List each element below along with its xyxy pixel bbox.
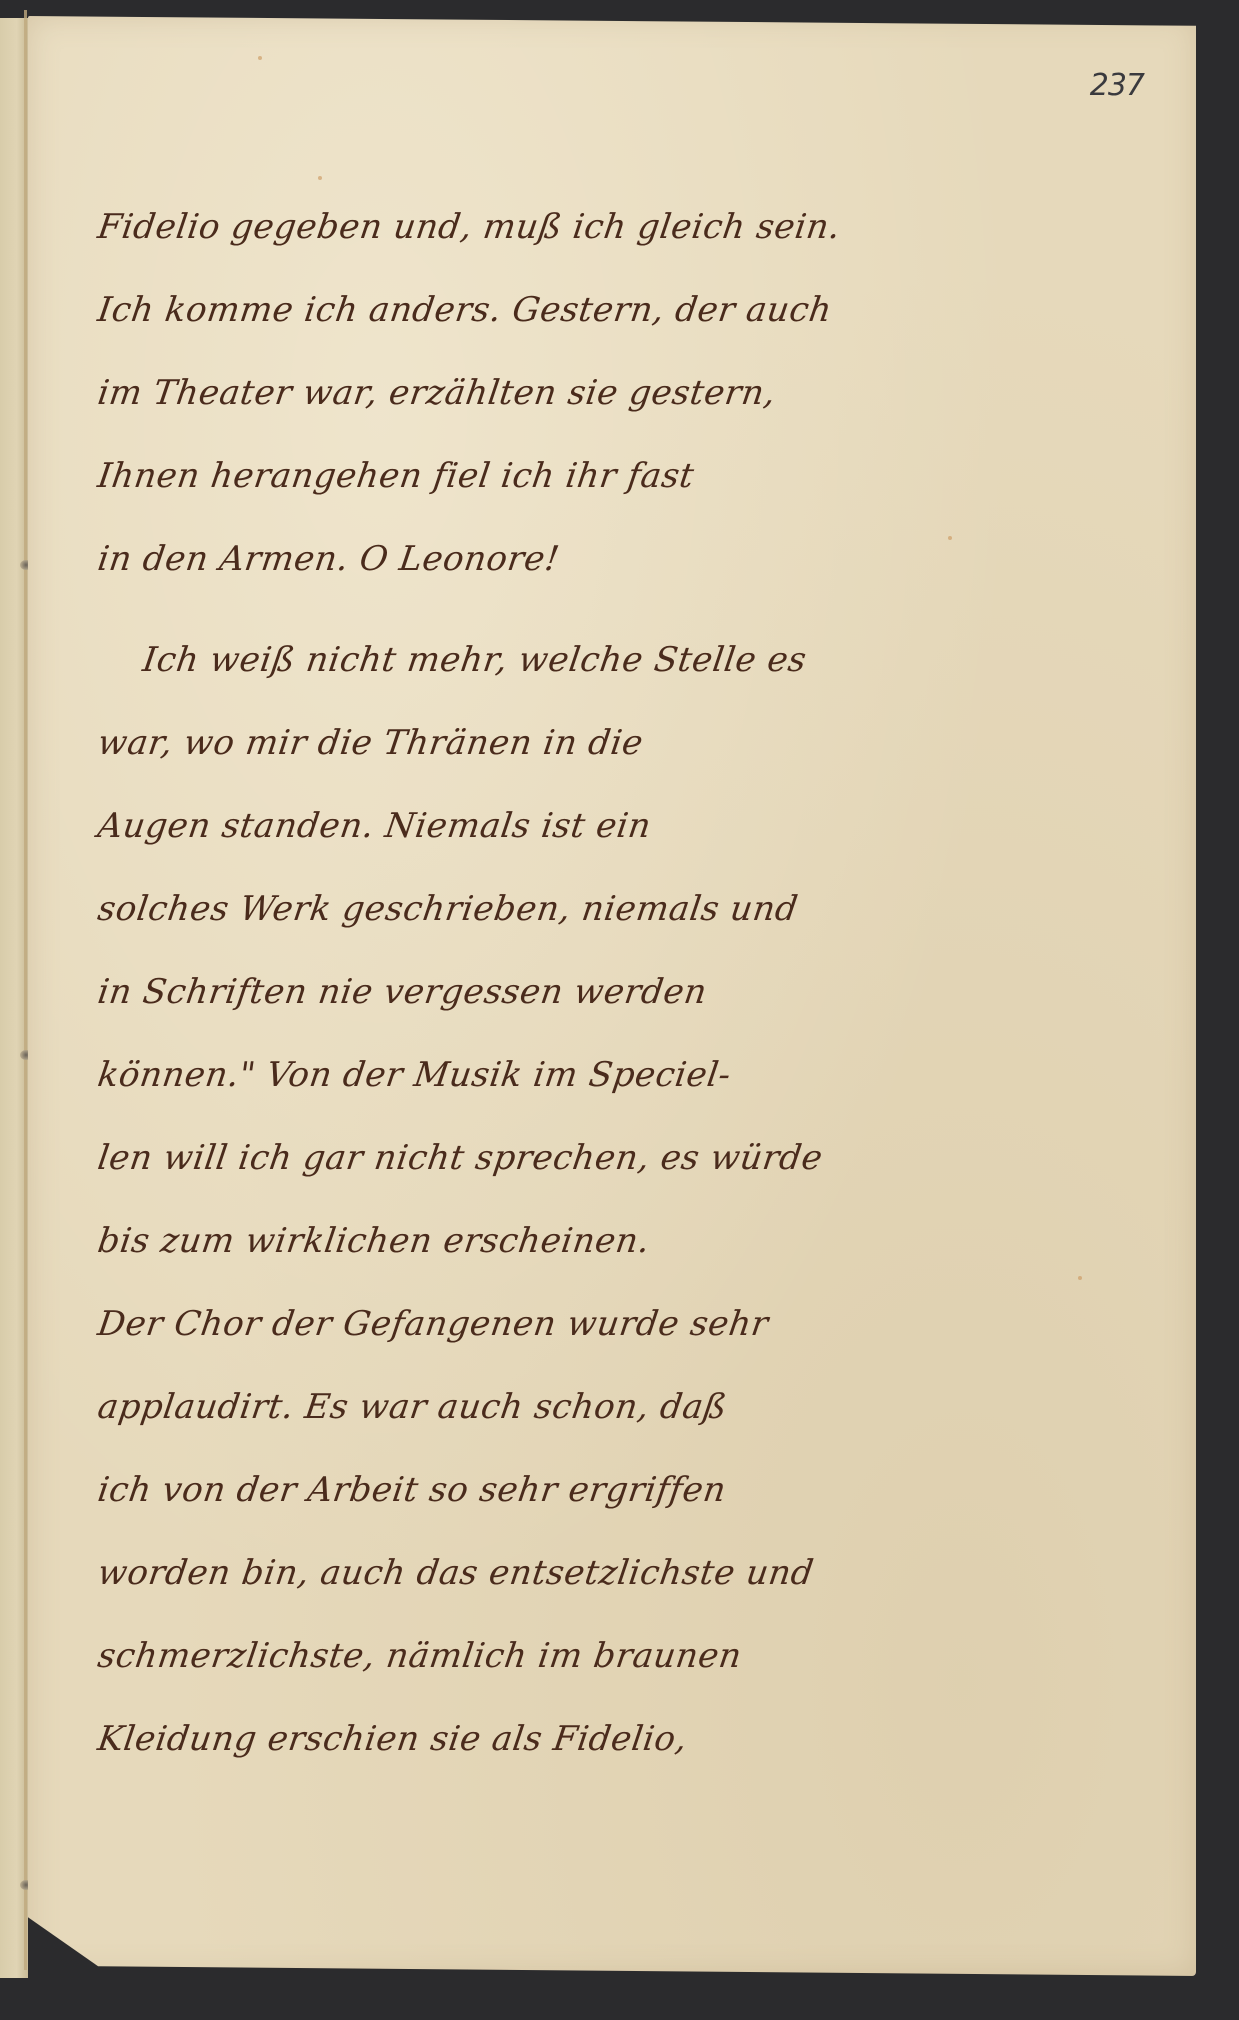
text-line: len will ich gar nicht sprechen, es würd… <box>92 1117 924 1200</box>
text-line: können." Von der Musik im Speciel- <box>92 1034 924 1117</box>
text-line: applaudirt. Es war auch schon, daß <box>92 1366 924 1449</box>
text-line: Ich weiß nicht mehr, welche Stelle es <box>92 619 924 702</box>
paper-stain <box>318 176 322 180</box>
text-line: in Schriften nie vergessen werden <box>92 951 924 1034</box>
text-line: bis zum wirklichen erscheinen. <box>92 1200 924 1283</box>
text-line: schmerzlichste, nämlich im braunen <box>92 1615 924 1698</box>
text-line: Augen standen. Niemals ist ein <box>92 785 924 868</box>
text-line: war, wo mir die Thränen in die <box>92 702 924 785</box>
text-line: Ihnen herangehen fiel ich ihr fast <box>92 435 924 518</box>
text-line: Kleidung erschien sie als Fidelio, <box>92 1698 924 1781</box>
text-line: in den Armen. O Leonore! <box>92 518 924 601</box>
text-line: solches Werk geschrieben, niemals und <box>92 868 924 951</box>
handwritten-text: Fidelio gegeben und, muß ich gleich sein… <box>98 186 918 1781</box>
paper-stain <box>948 536 952 540</box>
manuscript-page: 237 Fidelio gegeben und, muß ich gleich … <box>28 16 1196 1976</box>
text-line: Ich komme ich anders. Gestern, der auch <box>92 269 924 352</box>
text-line: Der Chor der Gefangenen wurde sehr <box>92 1283 924 1366</box>
folio-number: 237 <box>1090 68 1144 103</box>
binding-gutter <box>24 10 27 1970</box>
text-line: worden bin, auch das entsetzlichste und <box>92 1532 924 1615</box>
text-line: ich von der Arbeit so sehr ergriffen <box>92 1449 924 1532</box>
text-line: Fidelio gegeben und, muß ich gleich sein… <box>92 186 924 269</box>
text-line: im Theater war, erzählten sie gestern, <box>92 352 924 435</box>
paper-stain <box>1078 1276 1082 1280</box>
paper-stain <box>258 56 262 60</box>
